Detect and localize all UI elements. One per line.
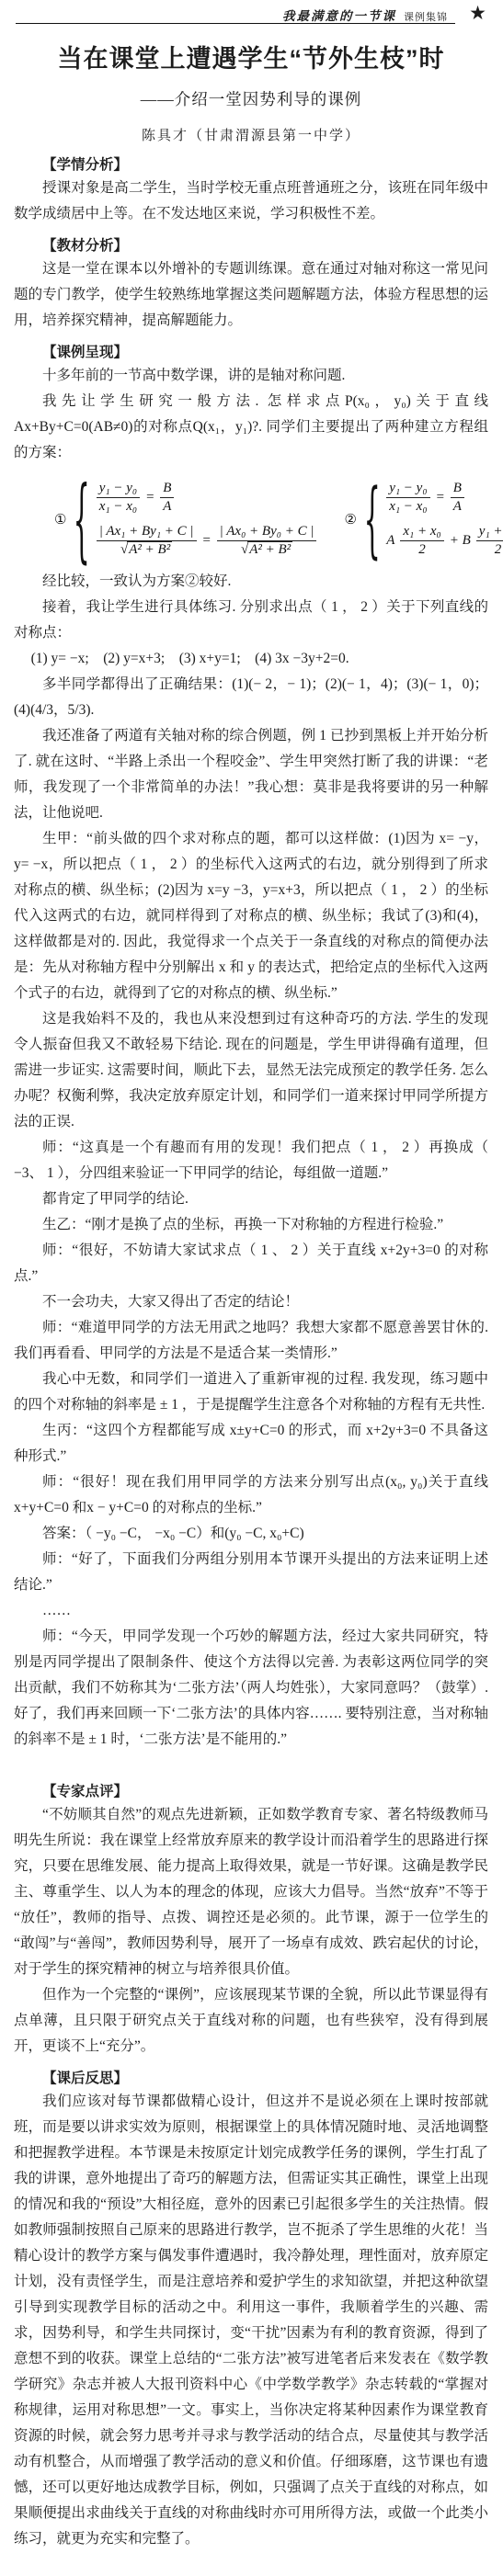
paragraph: 我先让学生研究一般方法. 怎样求点P(x₀，y₀)关于直线Ax+By+C=0(A… [14, 389, 488, 466]
paragraph: 我们应该对每节课都做精心设计，但这并不是说必须在上课时按部就班，而是要以讲求实效… [14, 2089, 488, 2552]
math-token: A [386, 533, 394, 549]
equation-line: A x₁ + x₀2 + B y₁ + y₀2 + C = 0 [386, 524, 503, 558]
square-root: √A² + B² [118, 541, 175, 558]
paragraph: 这是我始料不及的，我也从来没想到过有这种奇巧的方法. 学生的发现令人振奋但我又不… [14, 1006, 488, 1135]
equation-system-2: ② { y₁ − y₀x₁ − x₀ = BA A x₁ + x₀2 + B y… [344, 481, 503, 558]
fraction: y₁ + y₀2 [476, 524, 503, 558]
fraction: y₁ − y₀x₁ − x₀ [97, 481, 140, 515]
fraction: | Ax₀ + By₀ + C | √A² + B² [217, 524, 317, 558]
equation-line: y₁ − y₀x₁ − x₀ = BA [97, 481, 317, 515]
paragraph: 授课对象是高二学生，当时学校无重点班普通班之分，该班在同年级中数学成绩居中上等。… [14, 176, 488, 227]
paragraph: 师：“很好，不妨请大家试求点（ 1 、 2 ）关于直线 x+2y+3=0 的对称… [14, 1238, 488, 1289]
section-fansi: 【课后反思】 我们应该对每节课都做精心设计，但这并不是说必须在上课时按部就班，而… [14, 2067, 488, 2552]
left-brace: { [363, 478, 380, 561]
series-tag: 课例集锦 [404, 12, 448, 23]
paragraph: 但作为一个完整的“课例”，应该展现某节课的全貌，所以此节课显得有点单薄，且只限于… [14, 1982, 488, 2060]
math-token: y₁ − y₀ [386, 481, 429, 498]
section-keli: 【课例呈现】 十多年前的一节高中数学课，讲的是轴对称问题. 我先让学生研究一般方… [14, 341, 488, 1753]
math-token: x₁ − x₀ [386, 498, 429, 515]
article-author: 陈具才（甘肃渭源县第一中学） [14, 125, 488, 144]
paragraph: 接着，我让学生进行具体练习. 分别求出点（ 1 ， 2 ）关于下列直线的对称点： [14, 595, 488, 646]
math-token: y₁ + y₀ [476, 524, 503, 541]
math-token: A² + B² [247, 541, 292, 557]
paragraph: 师：“今天，甲同学发现一个巧妙的解题方法，经过大家共同研究，特别是丙同学提出了限… [14, 1624, 488, 1753]
math-token: + B [450, 533, 471, 549]
left-brace: { [74, 474, 90, 565]
math-token: y₁ − y₀ [97, 481, 140, 498]
fraction: x₁ + x₀2 [400, 524, 443, 558]
math-token: B [160, 481, 174, 498]
paragraph: 师：“这真是一个有趣而有用的发现！我们把点（ 1 ， 2 ）再换成（ −3、 1… [14, 1135, 488, 1186]
section-heading-jiaocai: 【教材分析】 [14, 234, 488, 255]
math-token: A [160, 498, 174, 515]
paragraph: 生乙：“刚才是换了点的坐标，再换一下对称轴的方程进行检验.” [14, 1212, 488, 1238]
paragraph: 这是一堂在课本以外增补的专题训练课。意在通过对轴对称这一常见问题的专门教学，使学… [14, 256, 488, 334]
math-token: = [436, 490, 445, 505]
paragraph: “不妨顺其自然”的观点先进新颖，正如数学教育专家、著名特级教师马明先生所说：我在… [14, 1802, 488, 1982]
paragraph: 师：“很好！现在我们用甲同学的方法来分别写出点(x₀, y₀)关于直线x+y+C… [14, 1470, 488, 1521]
equation-column: y₁ − y₀x₁ − x₀ = BA A x₁ + x₀2 + B y₁ + … [386, 481, 503, 558]
math-token: 2 [492, 541, 503, 558]
paragraph: 答案：（ −y₀ −C， −x₀ −C）和(y₀ −C, x₀+C) [14, 1521, 488, 1547]
math-token: x₁ − x₀ [97, 498, 140, 515]
math-token: x₁ + x₀ [400, 524, 443, 541]
masthead-text: 我最满意的一节课 课例集锦 [282, 6, 448, 25]
equation-systems: ① { y₁ − y₀x₁ − x₀ = BA | Ax₁ + By₁ + C … [54, 481, 488, 558]
paragraph: 我心中无数，和同学们一道进入了重新审视的过程. 我发现，练习题中的四个对称轴的斜… [14, 1367, 488, 1418]
paragraph: 师：“难道甲同学的方法无用武之地吗？我想大家都不愿意善罢甘休的. 我们再看看、甲… [14, 1315, 488, 1367]
masthead-rule [16, 23, 455, 24]
section-zhuanjia: 【专家点评】 “不妨顺其自然”的观点先进新颖，正如数学教育专家、著名特级教师马明… [14, 1780, 488, 2060]
fraction: | Ax₁ + By₁ + C | √A² + B² [97, 524, 197, 558]
paragraph: 不一会功夫，大家又得出了否定的结论！ [14, 1289, 488, 1315]
fraction: y₁ − y₀x₁ − x₀ [386, 481, 429, 515]
series-title: 我最满意的一节课 [282, 9, 396, 23]
math-token: | Ax₀ + By₀ + C | [217, 524, 317, 541]
math-token: B [451, 481, 464, 498]
circled-number-1: ① [54, 511, 66, 528]
fraction: BA [160, 481, 174, 515]
paragraph: 生甲：“前头做的四个求对称点的题，都可以这样做：(1)因为 x= −y，y= −… [14, 826, 488, 1006]
practice-items: (1) y= −x; (2) y=x+3; (3) x+y=1; (4) 3x … [14, 646, 488, 672]
paragraph: 多半同学都得出了正确结果：(1)(− 2，− 1)；(2)(− 1，4)；(3)… [14, 672, 488, 723]
section-jiaocai: 【教材分析】 这是一堂在课本以外增补的专题训练课。意在通过对轴对称这一常见问题的… [14, 234, 488, 334]
paragraph: 经比较，一致认为方案②较好. [14, 569, 488, 595]
star-icon: ★ [469, 2, 486, 25]
section-heading-keli: 【课例呈现】 [14, 341, 488, 361]
math-token: | Ax₁ + By₁ + C | [97, 524, 197, 541]
document-page: 我最满意的一节课 课例集锦 ★ 当在课堂上遭遇学生“节外生枝”时 ——介绍一堂因… [0, 0, 503, 2576]
section-heading-fansi: 【课后反思】 [14, 2067, 488, 2087]
section-heading-zhuanjia: 【专家点评】 [14, 1780, 488, 1800]
section-xueqing: 【学情分析】 授课对象是高二学生，当时学校无重点班普通班之分，该班在同年级中数学… [14, 153, 488, 227]
math-token: A [451, 498, 464, 515]
paragraph: 十多年前的一节高中数学课，讲的是轴对称问题. [14, 363, 488, 389]
fraction: BA [451, 481, 464, 515]
equation-line: y₁ − y₀x₁ − x₀ = BA [386, 481, 503, 515]
paragraph: 师：“好了，下面我们分两组分别用本节课开头提出的方法来证明上述结论.” [14, 1547, 488, 1598]
ellipsis-line: …… [14, 1598, 488, 1624]
article-subtitle: ——介绍一堂因势利导的课例 [14, 87, 488, 110]
section-heading-xueqing: 【学情分析】 [14, 153, 488, 174]
square-root: √A² + B² [238, 541, 295, 558]
math-token: 2 [416, 541, 429, 558]
math-token: = [202, 533, 211, 549]
paragraph: 生丙：“这四个方程都能写成 x±y+C=0 的形式，而 x+2y+3=0 不具备… [14, 1418, 488, 1470]
masthead: 我最满意的一节课 课例集锦 ★ [14, 6, 488, 28]
article-title: 当在课堂上遭遇学生“节外生枝”时 [14, 39, 488, 74]
math-token: = [145, 490, 154, 505]
paragraph: 都肯定了甲同学的结论. [14, 1186, 488, 1212]
equation-system-1: ① { y₁ − y₀x₁ − x₀ = BA | Ax₁ + By₁ + C … [54, 481, 316, 558]
math-token: A² + B² [127, 541, 172, 557]
equation-line: | Ax₁ + By₁ + C | √A² + B² = | Ax₀ + By₀… [97, 524, 317, 558]
circled-number-2: ② [344, 511, 356, 528]
paragraph: 我还准备了两道有关轴对称的综合例题，例 1 已抄到黑板上并开始分析了. 就在这时… [14, 723, 488, 826]
equation-column: y₁ − y₀x₁ − x₀ = BA | Ax₁ + By₁ + C | √A… [97, 481, 317, 558]
